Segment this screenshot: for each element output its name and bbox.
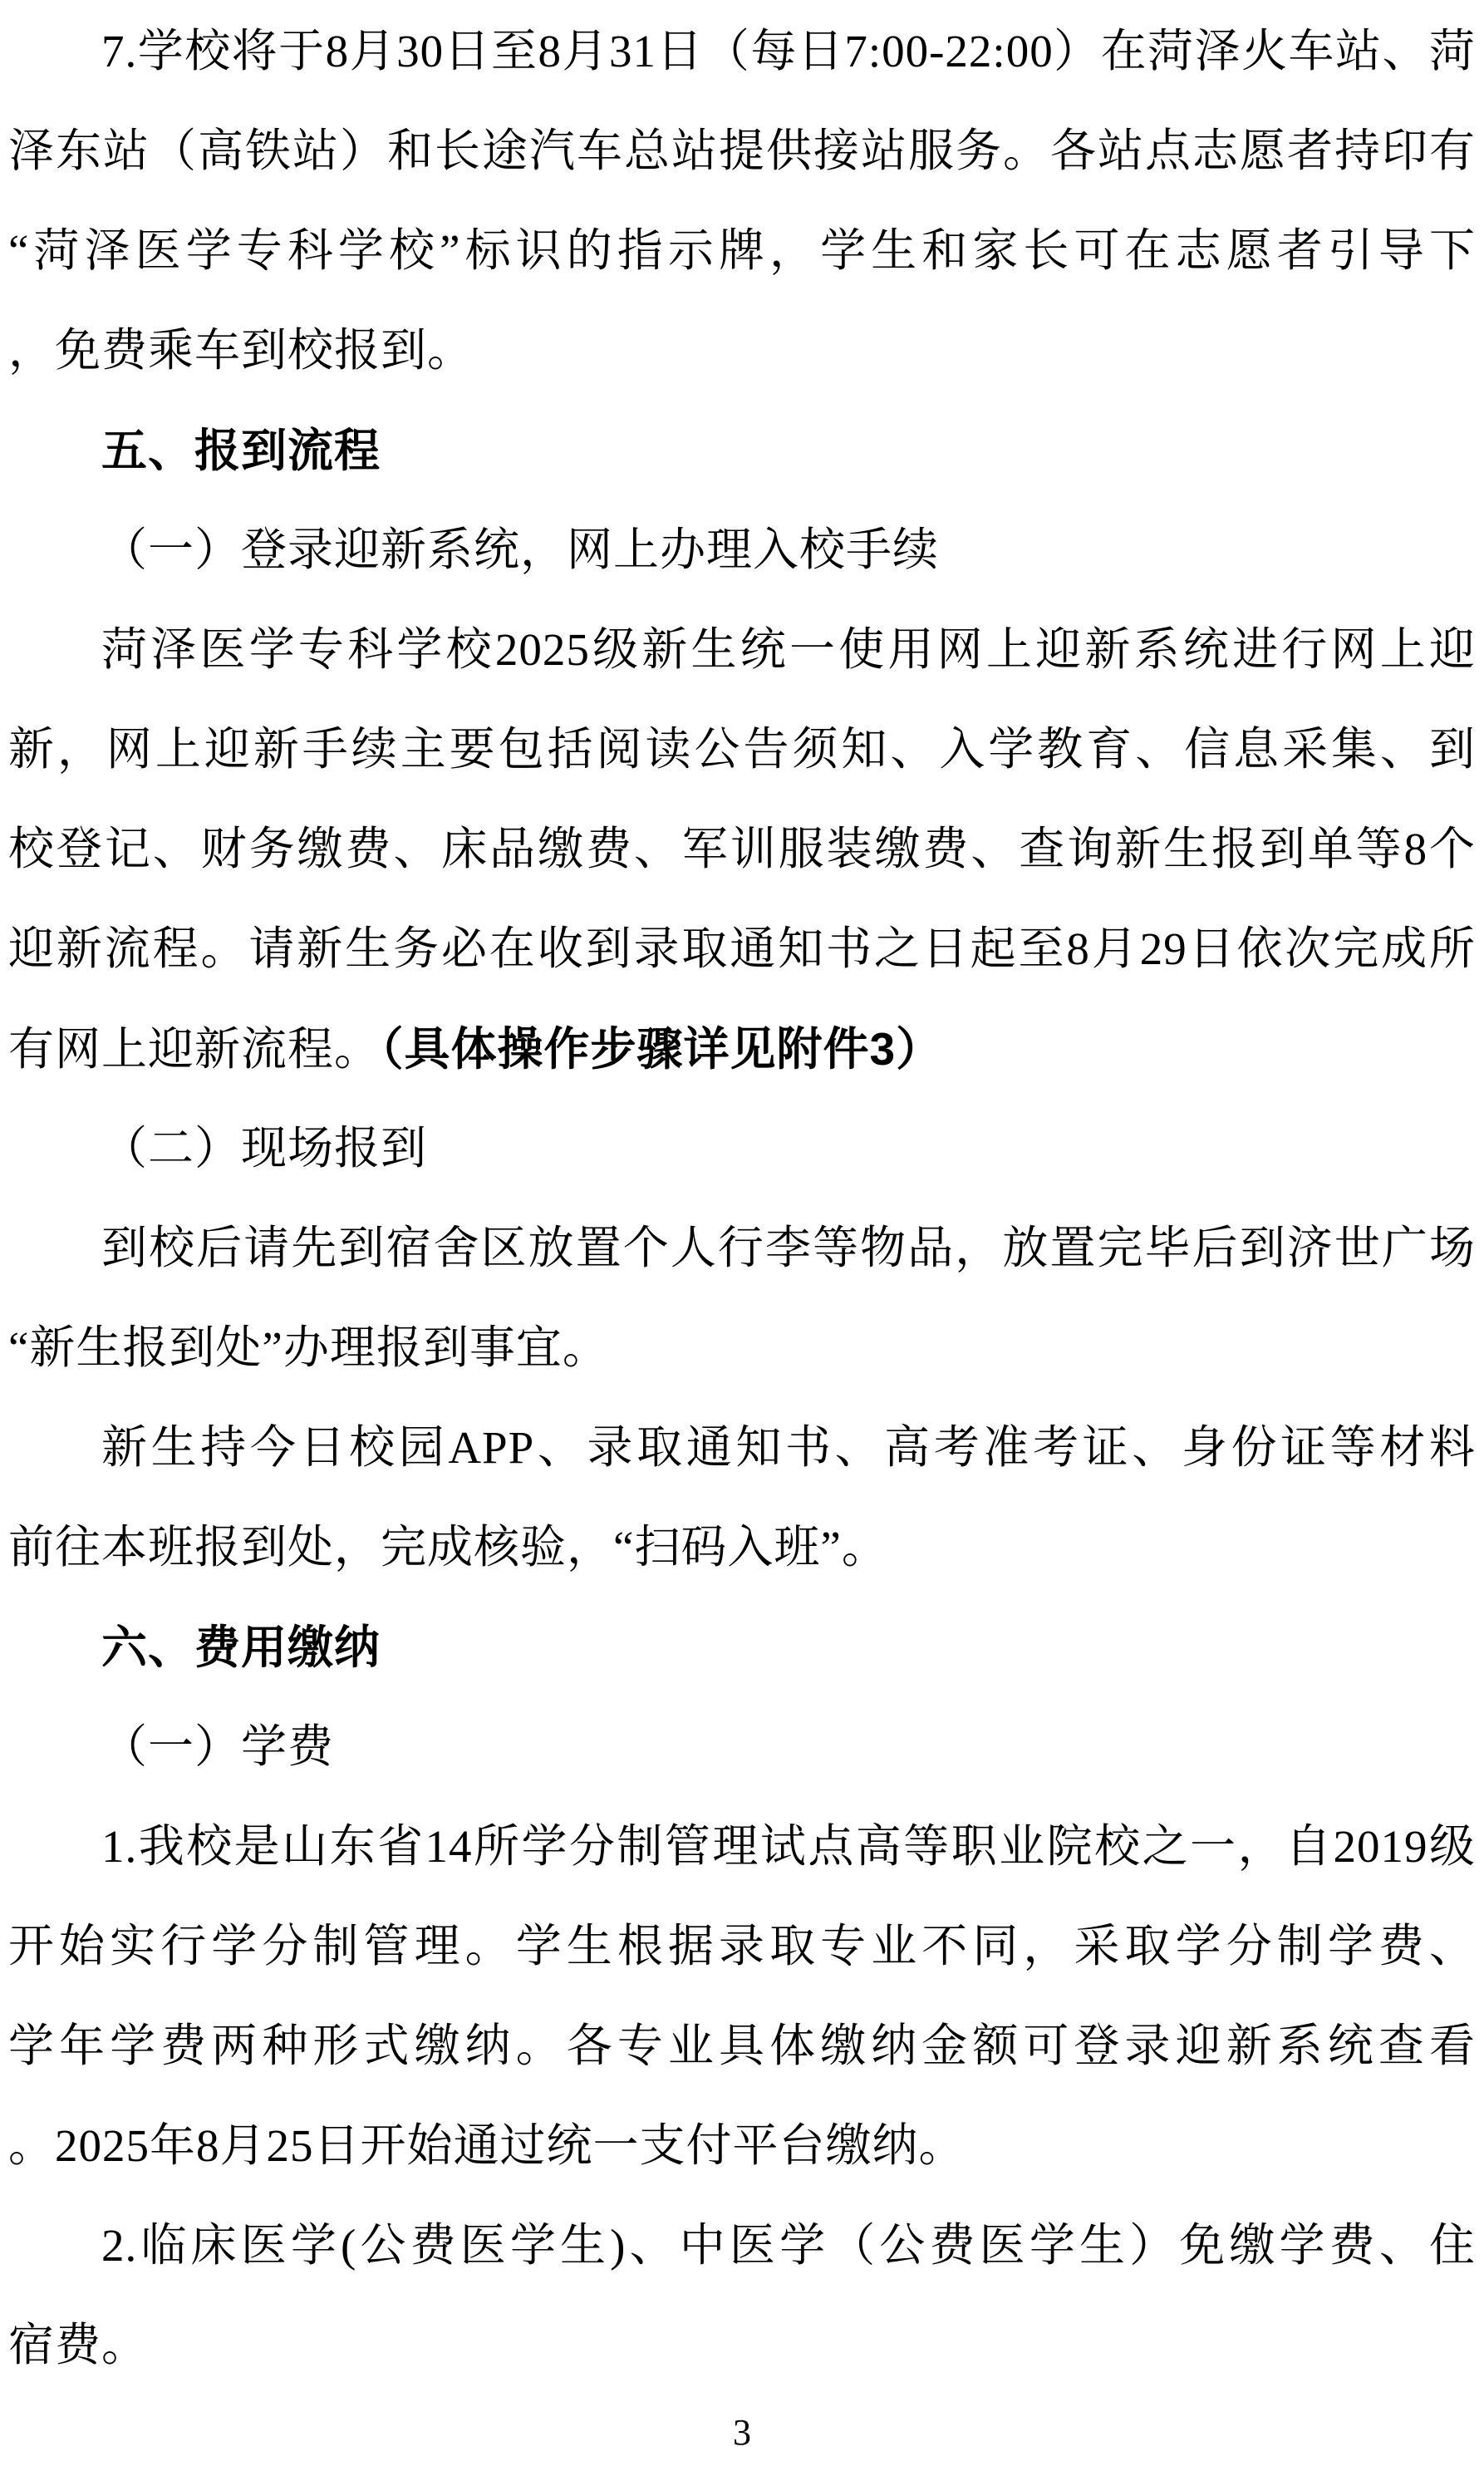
page-number: 3	[733, 2412, 751, 2453]
para-subheading-5-2: （二）现场报到	[8, 1099, 1476, 1199]
text-line: 到校后请先到宿舍区放置个人行李等物品，放置完毕后到济世广场	[8, 1199, 1476, 1298]
text-line: 。2025年8月25日开始通过统一支付平台缴纳。	[8, 2096, 1476, 2196]
text-segment: 校登记、财务缴费、床品缴费、军训服装缴费、查询新生报到单等8个	[8, 824, 1476, 874]
text-line: 前往本班报到处，完成核验，“扫码入班”。	[8, 1498, 1476, 1597]
text-line: 迎新流程。请新生务必在收到录取通知书之日起至8月29日依次完成所	[8, 899, 1476, 999]
text-segment: 五、报到流程	[101, 425, 381, 476]
page-footer: 3	[8, 2395, 1476, 2470]
text-segment: 宿费。	[8, 2320, 148, 2370]
document-body: 7.学校将于8月30日至8月31日（每日7:00-22:00）在菏泽火车站、菏泽…	[8, 2, 1476, 2395]
heading-section-6: 六、费用缴纳	[8, 1597, 1476, 1697]
text-segment: 2.临床医学(公费医学生)、中医学（公费医学生）免缴学费、住	[101, 2220, 1476, 2271]
text-segment: 。2025年8月25日开始通过统一支付平台缴纳。	[8, 2120, 966, 2171]
text-line: 2.临床医学(公费医学生)、中医学（公费医学生）免缴学费、住	[8, 2196, 1476, 2296]
para-subheading-5-1: （一）登录迎新系统，网上办理入校手续	[8, 500, 1476, 600]
text-line: “新生报到处”办理报到事宜。	[8, 1298, 1476, 1398]
text-segment: （二）现场报到	[101, 1123, 427, 1174]
para-onsite-checkin: 到校后请先到宿舍区放置个人行李等物品，放置完毕后到济世广场“新生报到处”办理报到…	[8, 1199, 1476, 1398]
text-segment: 菏泽医学专科学校2025级新生统一使用网上迎新系统进行网上迎	[101, 624, 1476, 675]
text-segment: 六、费用缴纳	[101, 1622, 381, 1673]
text-segment: 泽东站（高铁站）和长途汽车总站提供接站服务。各站点志愿者持印有	[8, 126, 1476, 176]
para-tuition-credit-system: 1.我校是山东省14所学分制管理试点高等职业院校之一，自2019级开始实行学分制…	[8, 1797, 1476, 2196]
text-segment: 开始实行学分制管理。学生根据录取专业不同，采取学分制学费、	[8, 1921, 1476, 1971]
text-segment: 新，网上迎新手续主要包括阅读公告须知、入学教育、信息采集、到	[8, 724, 1476, 775]
text-line: 7.学校将于8月30日至8月31日（每日7:00-22:00）在菏泽火车站、菏	[8, 2, 1476, 101]
text-line: 五、报到流程	[8, 401, 1476, 500]
text-segment: 新生持今日校园APP、录取通知书、高考准考证、身份证等材料	[101, 1422, 1476, 1473]
text-line: （一）登录迎新系统，网上办理入校手续	[8, 500, 1476, 600]
text-segment: “新生报到处”办理报到事宜。	[8, 1322, 609, 1373]
text-segment: 迎新流程。请新生务必在收到录取通知书之日起至8月29日依次完成所	[8, 923, 1476, 974]
text-line: “菏泽医学专科学校”标识的指示牌，学生和家长可在志愿者引导下	[8, 201, 1476, 301]
text-segment: （一）登录迎新系统，网上办理入校手续	[101, 524, 939, 575]
para-subheading-6-1: （一）学费	[8, 1697, 1476, 1797]
text-segment: 有网上迎新流程。	[8, 1024, 381, 1075]
text-segment: （一）学费	[101, 1721, 334, 1772]
text-line: 菏泽医学专科学校2025级新生统一使用网上迎新系统进行网上迎	[8, 600, 1476, 700]
para-online-enrollment: 菏泽医学专科学校2025级新生统一使用网上迎新系统进行网上迎新，网上迎新手续主要…	[8, 600, 1476, 1099]
text-segment: 到校后请先到宿舍区放置个人行李等物品，放置完毕后到济世广场	[101, 1223, 1476, 1273]
text-line: （一）学费	[8, 1697, 1476, 1797]
text-segment: 1.我校是山东省14所学分制管理试点高等职业院校之一，自2019级	[101, 1821, 1476, 1872]
text-line: 新生持今日校园APP、录取通知书、高考准考证、身份证等材料	[8, 1398, 1476, 1498]
para-class-checkin: 新生持今日校园APP、录取通知书、高考准考证、身份证等材料前往本班报到处，完成核…	[8, 1398, 1476, 1597]
text-line: 新，网上迎新手续主要包括阅读公告须知、入学教育、信息采集、到	[8, 700, 1476, 800]
text-line: 有网上迎新流程。（具体操作步骤详见附件3）	[8, 999, 1476, 1099]
text-segment: 学年学费两种形式缴纳。各专业具体缴纳金额可登录迎新系统查看	[8, 2021, 1476, 2071]
text-segment: （具体操作步骤详见附件3）	[381, 1023, 942, 1075]
text-segment: ，免费乘车到校报到。	[8, 325, 474, 376]
text-line: 校登记、财务缴费、床品缴费、军训服装缴费、查询新生报到单等8个	[8, 800, 1476, 899]
para-station-pickup: 7.学校将于8月30日至8月31日（每日7:00-22:00）在菏泽火车站、菏泽…	[8, 2, 1476, 401]
text-line: 学年学费两种形式缴纳。各专业具体缴纳金额可登录迎新系统查看	[8, 1996, 1476, 2096]
text-line: 1.我校是山东省14所学分制管理试点高等职业院校之一，自2019级	[8, 1797, 1476, 1897]
text-line: 泽东站（高铁站）和长途汽车总站提供接站服务。各站点志愿者持印有	[8, 101, 1476, 201]
document-page: 7.学校将于8月30日至8月31日（每日7:00-22:00）在菏泽火车站、菏泽…	[0, 0, 1484, 2471]
text-segment: “菏泽医学专科学校”标识的指示牌，学生和家长可在志愿者引导下	[8, 225, 1476, 276]
text-line: ，免费乘车到校报到。	[8, 301, 1476, 401]
text-segment: 7.学校将于8月30日至8月31日（每日7:00-22:00）在菏泽火车站、菏	[101, 26, 1476, 76]
text-line: 开始实行学分制管理。学生根据录取专业不同，采取学分制学费、	[8, 1897, 1476, 1996]
heading-section-5: 五、报到流程	[8, 401, 1476, 500]
text-line: 宿费。	[8, 2296, 1476, 2395]
para-tuition-exemption: 2.临床医学(公费医学生)、中医学（公费医学生）免缴学费、住宿费。	[8, 2196, 1476, 2395]
text-line: （二）现场报到	[8, 1099, 1476, 1199]
text-segment: 前往本班报到处，完成核验，“扫码入班”。	[8, 1522, 888, 1573]
text-line: 六、费用缴纳	[8, 1597, 1476, 1697]
